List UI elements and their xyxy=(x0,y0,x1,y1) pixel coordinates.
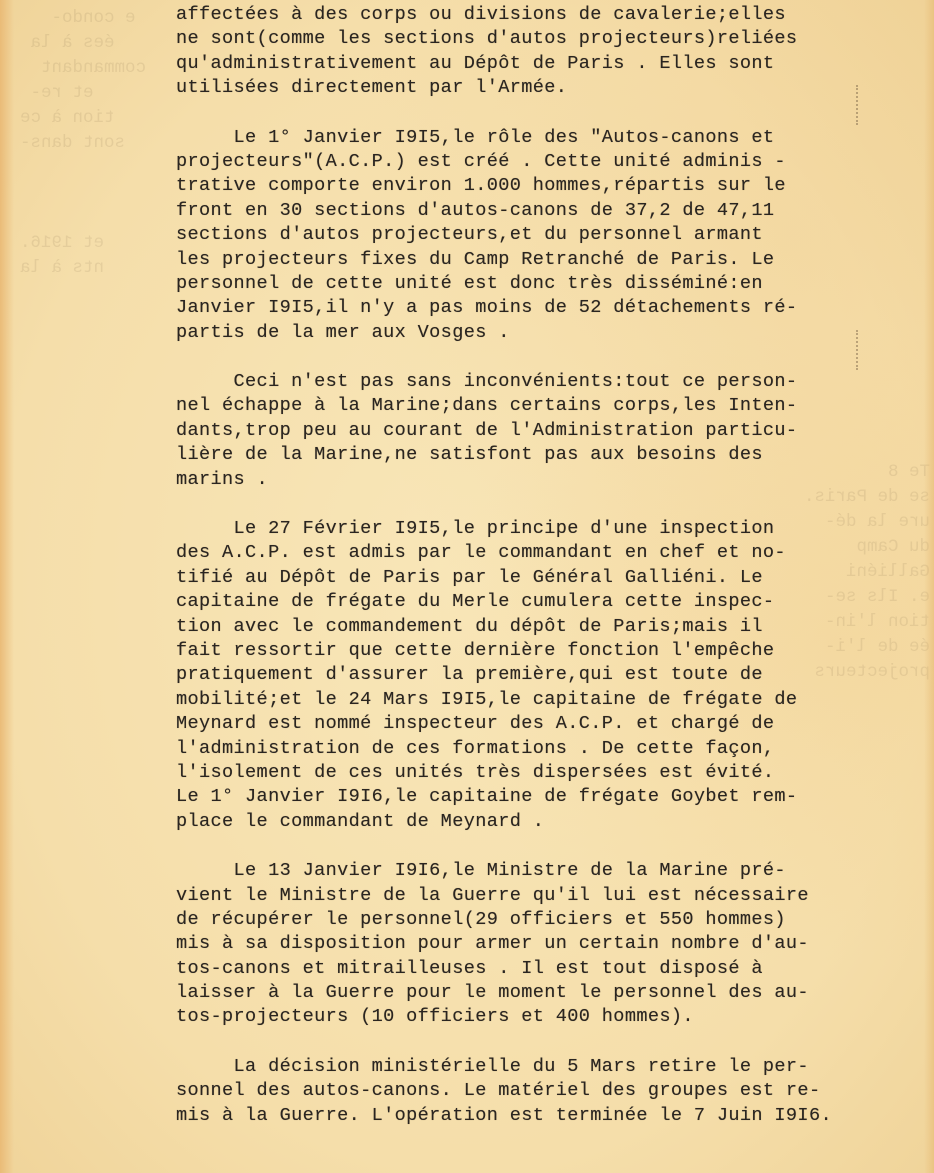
document-page: e condo- ées à la commandant et re- tion… xyxy=(0,0,934,1173)
paragraph-5: Le 13 Janvier I9I6,le Ministre de la Mar… xyxy=(176,859,876,1030)
text-line: sections d'autos projecteurs,et du perso… xyxy=(176,223,876,247)
text-line: Janvier I9I5,il n'y a pas moins de 52 dé… xyxy=(176,296,876,320)
text-line: vient le Ministre de la Guerre qu'il lui… xyxy=(176,884,876,908)
text-line: place le commandant de Meynard . xyxy=(176,810,876,834)
text-line: marins . xyxy=(176,468,876,492)
text-line: des A.C.P. est admis par le commandant e… xyxy=(176,541,876,565)
text-line: pratiquement d'assurer la première,qui e… xyxy=(176,663,876,687)
text-line: trative comporte environ 1.000 hommes,ré… xyxy=(176,174,876,198)
text-line: Le 1° Janvier I9I6,le capitaine de fréga… xyxy=(176,785,876,809)
text-line: l'administration de ces formations . De … xyxy=(176,737,876,761)
paragraph-1: affectées à des corps ou divisions de ca… xyxy=(176,0,876,101)
paragraph-gap xyxy=(176,834,876,859)
paragraph-gap xyxy=(176,492,876,517)
text-line: capitaine de frégate du Merle cumulera c… xyxy=(176,590,876,614)
text-line: dants,trop peu au courant de l'Administr… xyxy=(176,419,876,443)
text-line: Meynard est nommé inspecteur des A.C.P. … xyxy=(176,712,876,736)
text-line: de récupérer le personnel(29 officiers e… xyxy=(176,908,876,932)
paragraph-3: Ceci n'est pas sans inconvénients:tout c… xyxy=(176,370,876,492)
text-line: laisser à la Guerre pour le moment le pe… xyxy=(176,981,876,1005)
text-line: Ceci n'est pas sans inconvénients:tout c… xyxy=(176,370,876,394)
text-line: tifié au Dépôt de Paris par le Général G… xyxy=(176,566,876,590)
text-line: affectées à des corps ou divisions de ca… xyxy=(176,3,876,27)
text-line: qu'administrativement au Dépôt de Paris … xyxy=(176,52,876,76)
text-line: mis à la Guerre. L'opération est terminé… xyxy=(176,1104,876,1128)
text-line: lière de la Marine,ne satisfont pas aux … xyxy=(176,443,876,467)
text-line: mis à sa disposition pour armer un certa… xyxy=(176,932,876,956)
text-line: sonnel des autos-canons. Le matériel des… xyxy=(176,1079,876,1103)
text-line: tos-projecteurs (10 officiers et 400 hom… xyxy=(176,1005,876,1029)
text-line: l'isolement de ces unités très dispersée… xyxy=(176,761,876,785)
paragraph-2: Le 1° Janvier I9I5,le rôle des "Autos-ca… xyxy=(176,126,876,346)
text-line: mobilité;et le 24 Mars I9I5,le capitaine… xyxy=(176,688,876,712)
text-line: La décision ministérielle du 5 Mars reti… xyxy=(176,1055,876,1079)
typewritten-body: affectées à des corps ou divisions de ca… xyxy=(176,0,876,1128)
text-line: tion avec le commandement du dépôt de Pa… xyxy=(176,615,876,639)
text-line: personnel de cette unité est donc très d… xyxy=(176,272,876,296)
text-line: Le 13 Janvier I9I6,le Ministre de la Mar… xyxy=(176,859,876,883)
paragraph-6: La décision ministérielle du 5 Mars reti… xyxy=(176,1055,876,1128)
text-line: utilisées directement par l'Armée. xyxy=(176,76,876,100)
paragraph-gap xyxy=(176,345,876,370)
text-line: ne sont(comme les sections d'autos proje… xyxy=(176,27,876,51)
paragraph-gap xyxy=(176,1030,876,1055)
text-line: fait ressortir que cette dernière foncti… xyxy=(176,639,876,663)
text-line: Le 1° Janvier I9I5,le rôle des "Autos-ca… xyxy=(176,126,876,150)
text-line: partis de la mer aux Vosges . xyxy=(176,321,876,345)
text-line: front en 30 sections d'autos-canons de 3… xyxy=(176,199,876,223)
text-line: projecteurs"(A.C.P.) est créé . Cette un… xyxy=(176,150,876,174)
paragraph-gap xyxy=(176,101,876,126)
text-line: les projecteurs fixes du Camp Retranché … xyxy=(176,248,876,272)
text-line: tos-canons et mitrailleuses . Il est tou… xyxy=(176,957,876,981)
text-line: Le 27 Février I9I5,le principe d'une ins… xyxy=(176,517,876,541)
text-line: nel échappe à la Marine;dans certains co… xyxy=(176,394,876,418)
paragraph-4: Le 27 Février I9I5,le principe d'une ins… xyxy=(176,517,876,834)
